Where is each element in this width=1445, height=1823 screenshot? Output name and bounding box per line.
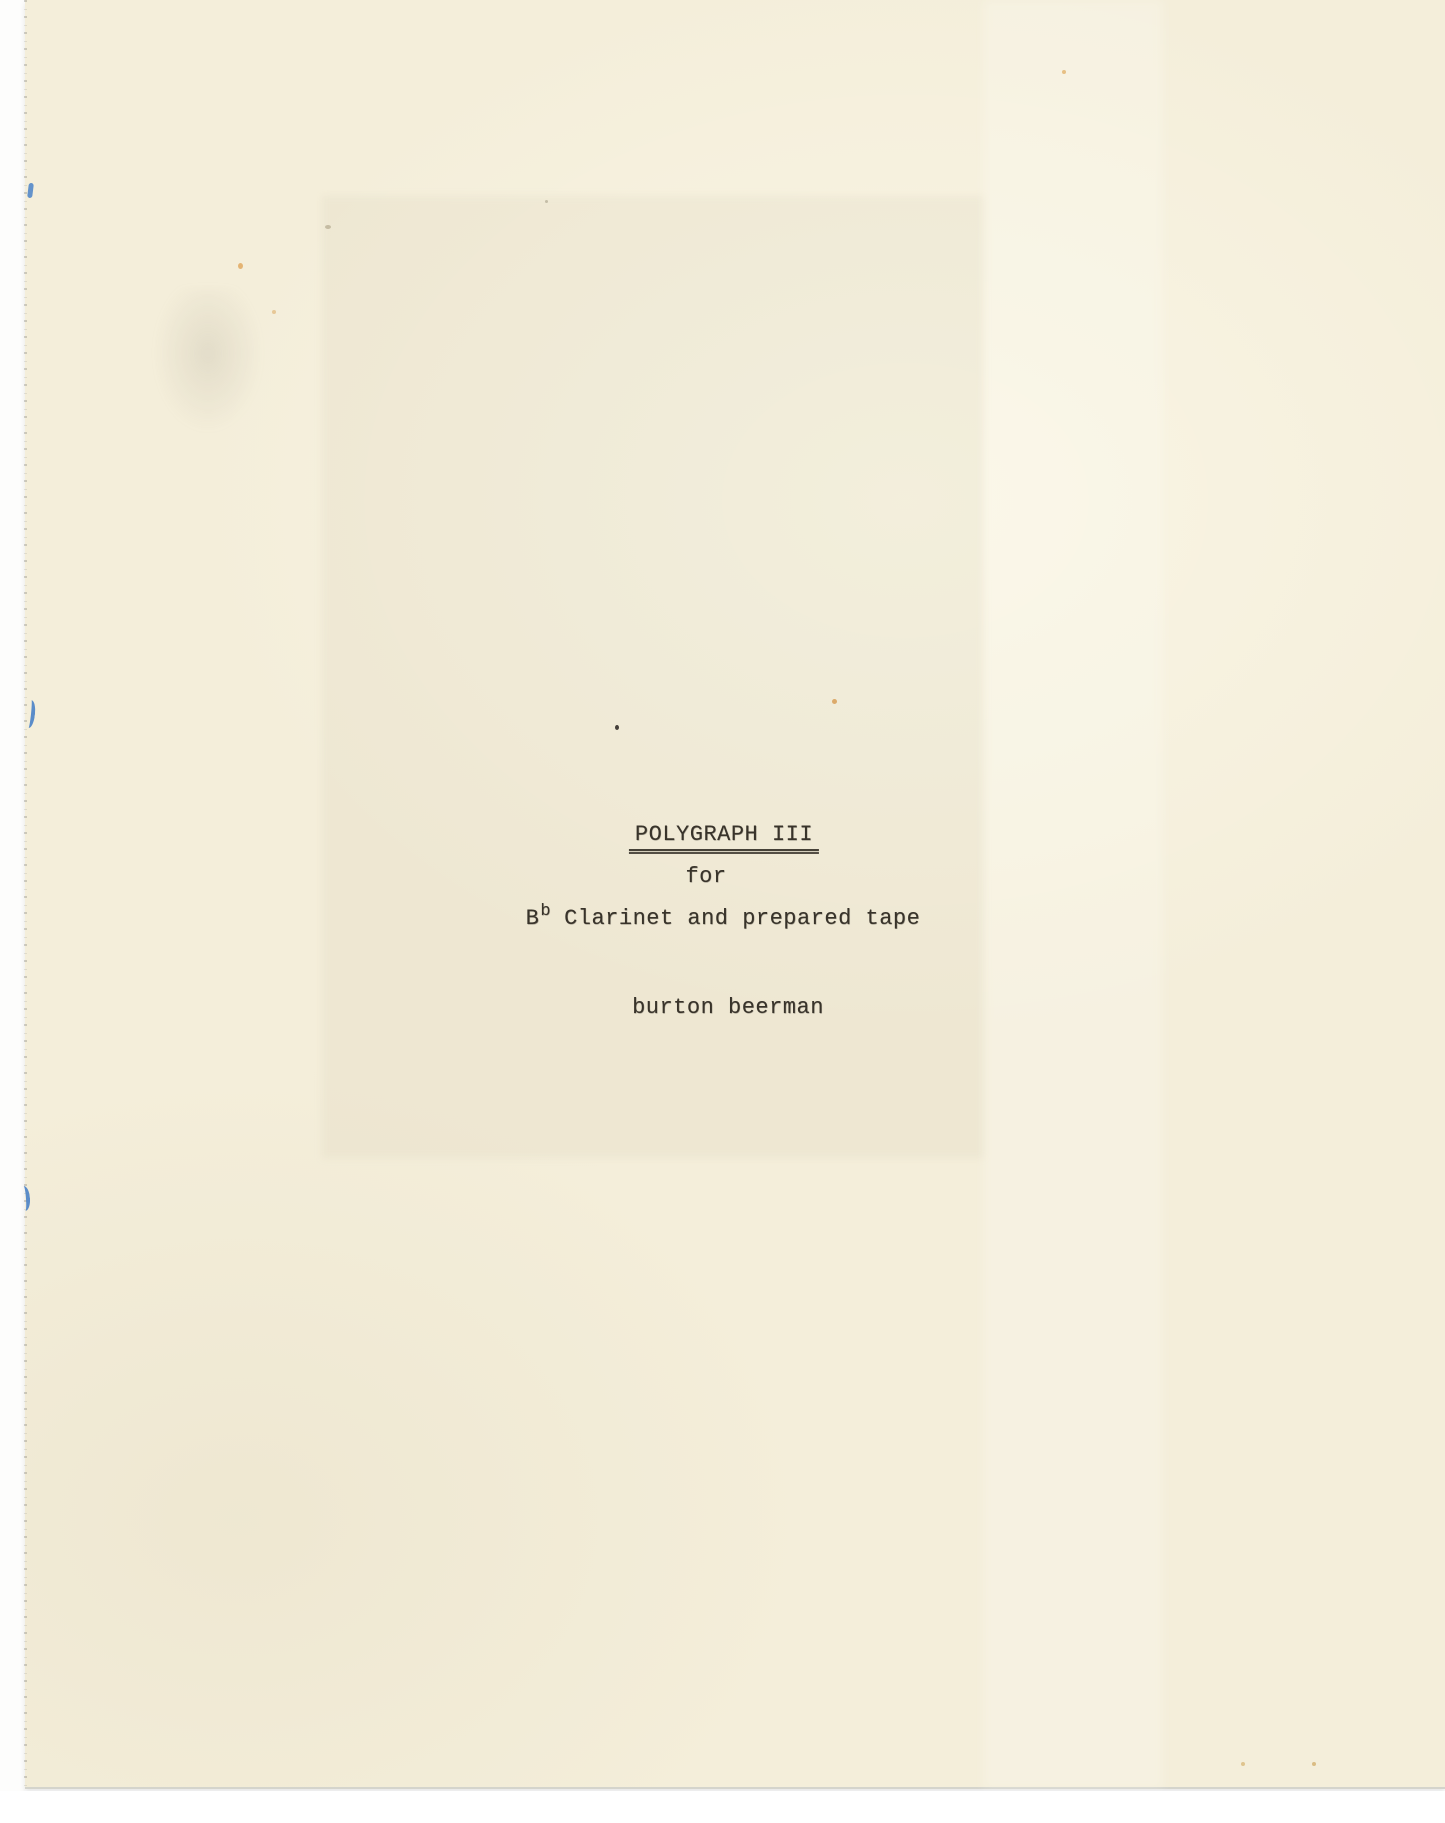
paper-edge-speckle xyxy=(24,0,27,1789)
instrument-pitch: B xyxy=(526,906,540,931)
paper-showthrough-strip xyxy=(983,0,1163,1789)
flat-superscript: b xyxy=(540,902,551,921)
piece-title-text: POLYGRAPH III xyxy=(635,822,813,847)
composer-name: burton beerman xyxy=(632,995,824,1020)
scanner-margin-bottom xyxy=(0,1791,1445,1823)
paper-sheet xyxy=(25,0,1445,1789)
paper-smudge xyxy=(153,288,263,433)
piece-title: POLYGRAPH III xyxy=(633,822,815,851)
scanned-page: POLYGRAPH III for BbClarinet and prepare… xyxy=(0,0,1445,1823)
instrumentation-text: Clarinet and prepared tape xyxy=(564,906,920,931)
scanner-margin-left xyxy=(0,0,25,1823)
dedication-label: for xyxy=(685,864,726,889)
title-underline xyxy=(629,849,819,854)
instrumentation-line: BbClarinet and prepared tape xyxy=(526,906,921,931)
